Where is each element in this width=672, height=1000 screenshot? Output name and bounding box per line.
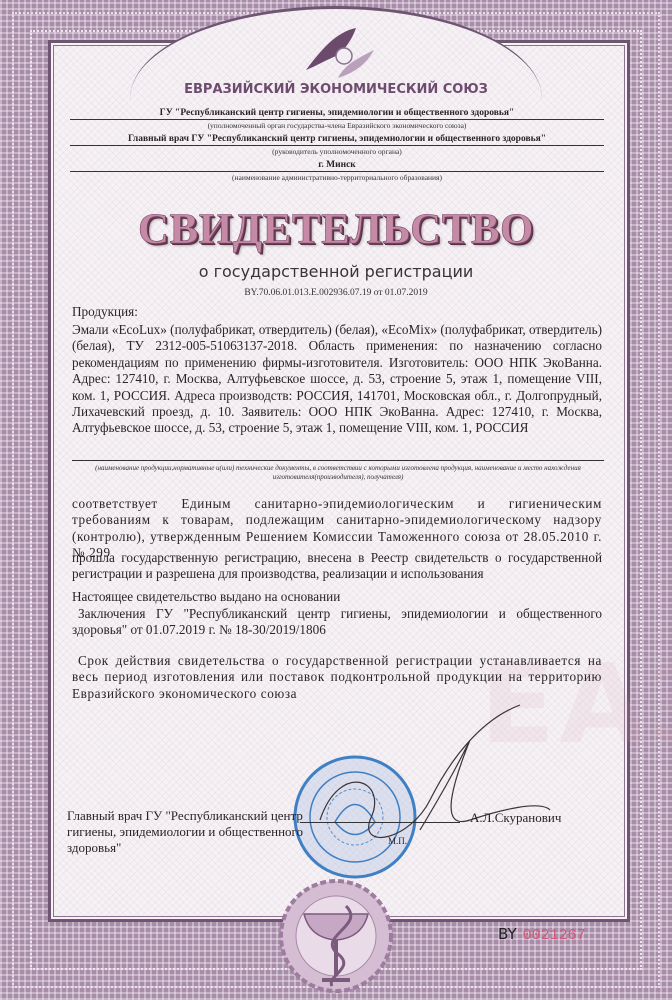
eaeu-logo-icon xyxy=(296,20,386,80)
authority-caption: (уполномоченный орган государства-члена … xyxy=(70,121,604,130)
basis-intro: Настоящее свидетельство выдано на основа… xyxy=(72,589,602,605)
registration-text: прошла государственную регистрацию, внес… xyxy=(72,550,602,583)
authority-name: ГУ "Республиканский центр гигиены, эпиде… xyxy=(70,108,604,120)
product-label: Продукция: xyxy=(72,304,602,320)
head-title: Главный врач ГУ "Республиканский центр г… xyxy=(70,134,604,146)
union-name: ЕВРАЗИЙСКИЙ ЭКОНОМИЧЕСКИЙ СОЮЗ xyxy=(0,82,672,97)
certificate-subtitle: о государственной регистрации xyxy=(0,262,672,281)
basis-text: Заключения ГУ "Республиканский центр гиг… xyxy=(72,606,602,639)
seal-mark: М.П. xyxy=(388,836,407,846)
serial-number: BY0021267 xyxy=(498,925,586,944)
signer-position: Главный врач ГУ "Республиканский центр г… xyxy=(67,808,327,856)
signer-name: А.Л.Скуранович xyxy=(470,810,561,826)
serial-digits: 0021267 xyxy=(523,927,586,944)
city-caption: (наименование административно-территориа… xyxy=(70,173,604,182)
product-caption: (наименование продукции,нормативные и(ил… xyxy=(72,464,604,482)
validity-text: Срок действия свидетельства о государств… xyxy=(72,653,602,702)
certificate-title: СВИДЕТЕЛЬСТВО xyxy=(0,205,672,254)
head-caption: (руководитель уполномоченного органа) xyxy=(70,147,604,156)
registration-number: BY.70.06.01.013.E.002936.07.19 от 01.07.… xyxy=(0,288,672,298)
handwritten-signature xyxy=(300,700,560,880)
city: г. Минск xyxy=(70,160,604,172)
serial-prefix: BY xyxy=(498,925,517,943)
bowl-of-hygieia-icon xyxy=(276,876,396,996)
product-separator xyxy=(72,460,604,461)
signature-line xyxy=(300,822,460,823)
product-description: Эмали «EcoLux» (полуфабрикат, отвердител… xyxy=(72,322,602,437)
